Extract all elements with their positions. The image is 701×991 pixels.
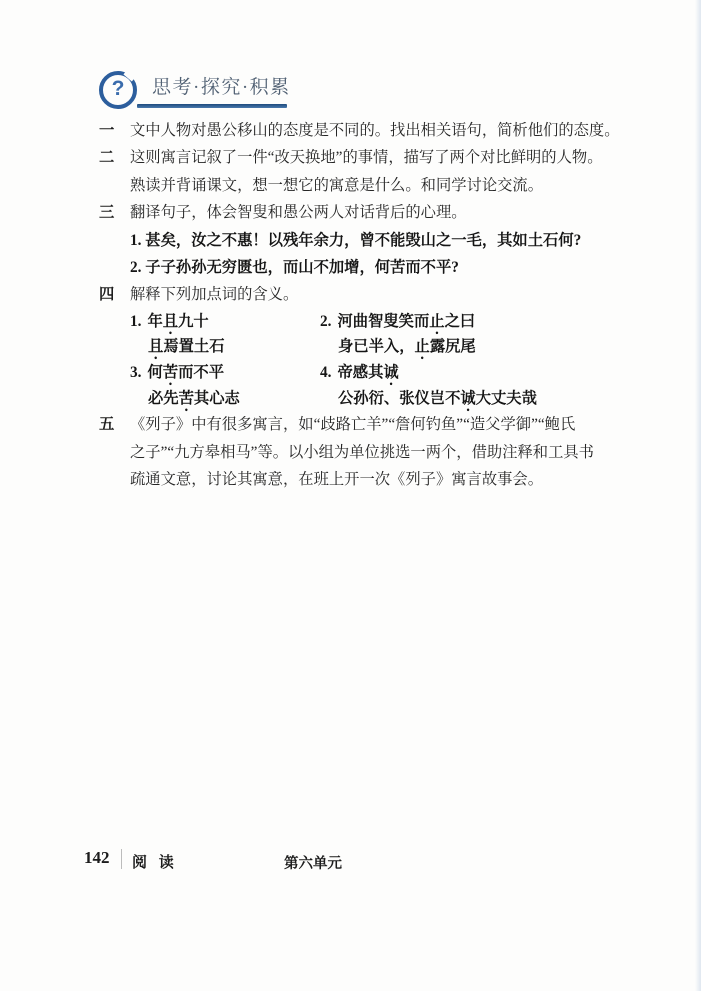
emphasized-word: 且 bbox=[163, 313, 178, 330]
word-segment: 身已半入， bbox=[338, 338, 415, 355]
emphasized-word: 诚 bbox=[460, 390, 475, 407]
exercise-2-body: 这则寓言记叙了一件“改天换地”的事情，描写了两个对比鲜明的人物。 熟读并背诵课文… bbox=[130, 144, 615, 199]
word-segment: 年 bbox=[147, 313, 162, 330]
word-segment: 必先 bbox=[148, 390, 179, 407]
word-item-4-line-1: 4.帝感其诚 bbox=[320, 360, 615, 386]
exercise-3-body: 翻译句子，体会智叟和愚公两人对话背后的心理。 1. 甚矣，汝之不惠！以残年余力，… bbox=[130, 199, 615, 281]
exercise-4-stem: 解释下列加点词的含义。 bbox=[130, 281, 615, 308]
word-item-1-line-2: 且焉置土石 bbox=[130, 334, 320, 360]
word-segment: 而不平 bbox=[178, 364, 224, 381]
emphasized-word: 苦 bbox=[179, 390, 194, 407]
page-edge-shading bbox=[695, 0, 701, 991]
word-segment: 露尻尾 bbox=[430, 338, 476, 355]
emphasized-word: 诚 bbox=[383, 364, 398, 381]
word-item-2-line-2: 身已半入，止露尻尾 bbox=[320, 334, 615, 360]
exercise-3-number: 三 bbox=[99, 199, 130, 226]
word-item-4-line-2: 公孙衍、张仪岂不诚大丈夫哉 bbox=[320, 386, 615, 412]
item-number: 3. bbox=[130, 364, 141, 381]
exercise-2: 二 这则寓言记叙了一件“改天换地”的事情，描写了两个对比鲜明的人物。 熟读并背诵… bbox=[99, 144, 615, 199]
word-segment: 九十 bbox=[178, 313, 209, 330]
exercise-3-item-2: 2. 子子孙孙无穷匮也，而山不加增，何苦而不平? bbox=[130, 254, 615, 281]
emphasized-word: 止 bbox=[415, 338, 430, 355]
exercise-4: 四 解释下列加点词的含义。 1.年且九十 2.河曲智叟笑而止之曰 且焉置土石 bbox=[99, 281, 615, 411]
word-segment: 何 bbox=[147, 364, 162, 381]
emphasized-word: 止 bbox=[429, 313, 444, 330]
word-segment: 帝感其 bbox=[337, 364, 383, 381]
word-segment: 其心志 bbox=[194, 390, 240, 407]
title-underline bbox=[137, 104, 287, 108]
emphasized-word: 且 bbox=[148, 338, 163, 355]
exercise-1-number: 一 bbox=[99, 117, 130, 144]
exercise-2-line2: 熟读并背诵课文，想一想它的寓意是什么。和同学讨论交流。 bbox=[130, 172, 615, 199]
exercise-4-body: 解释下列加点词的含义。 1.年且九十 2.河曲智叟笑而止之曰 且焉置土石 身已半… bbox=[130, 281, 615, 411]
exercise-5-body: 《列子》中有很多寓言，如“歧路亡羊”“詹何钓鱼”“造父学御”“鲍氏 之子”“九方… bbox=[130, 411, 615, 493]
exercise-3-item-1: 1. 甚矣，汝之不惠！以残年余力，曾不能毁山之一毛，其如土石何? bbox=[130, 227, 615, 254]
word-item-2-line-1: 2.河曲智叟笑而止之曰 bbox=[320, 309, 615, 335]
question-mark-icon: ? bbox=[99, 71, 137, 109]
exercise-5-line1: 《列子》中有很多寓言，如“歧路亡羊”“詹何钓鱼”“造父学御”“鲍氏 bbox=[130, 411, 615, 438]
word-item-3-line-1: 3.何苦而不平 bbox=[130, 360, 320, 386]
exercise-3: 三 翻译句子，体会智叟和愚公两人对话背后的心理。 1. 甚矣，汝之不惠！以残年余… bbox=[99, 199, 615, 281]
item-number: 4. bbox=[320, 364, 331, 381]
exercise-5-line3: 疏通文意，讨论其寓意，在班上开一次《列子》寓言故事会。 bbox=[130, 466, 615, 493]
word-segment: 焉置土石 bbox=[163, 338, 224, 355]
exercise-3-stem: 翻译句子，体会智叟和愚公两人对话背后的心理。 bbox=[130, 199, 615, 226]
section-title: 思考·探究·积累 bbox=[152, 72, 291, 99]
item-number: 2. bbox=[320, 313, 331, 330]
item-number: 1. bbox=[130, 313, 141, 330]
footer-unit-label: 第六单元 bbox=[284, 852, 342, 873]
exercise-1-body: 文中人物对愚公移山的态度是不同的。找出相关语句，简析他们的态度。 bbox=[130, 117, 615, 144]
word-item-1-line-1: 1.年且九十 bbox=[130, 309, 320, 335]
exercise-1-text: 文中人物对愚公移山的态度是不同的。找出相关语句，简析他们的态度。 bbox=[130, 117, 615, 144]
word-segment: 大丈夫哉 bbox=[476, 390, 537, 407]
exercise-2-number: 二 bbox=[99, 144, 130, 171]
word-item-3-line-2: 必先苦其心志 bbox=[130, 386, 320, 412]
footer-divider bbox=[121, 849, 122, 869]
exercise-2-line1: 这则寓言记叙了一件“改天换地”的事情，描写了两个对比鲜明的人物。 bbox=[130, 144, 615, 171]
footer-section-label: 阅 读 bbox=[132, 851, 178, 872]
word-segment: 河曲智叟笑而 bbox=[337, 313, 429, 330]
exercise-5-line2: 之子”“九方皋相马”等。以小组为单位挑选一两个，借助注释和工具书 bbox=[130, 439, 615, 466]
emphasized-word: 苦 bbox=[163, 364, 178, 381]
textbook-page: ? 思考·探究·积累 一 文中人物对愚公移山的态度是不同的。找出相关语句，简析他… bbox=[0, 0, 701, 991]
exercise-4-number: 四 bbox=[99, 281, 130, 308]
exercise-1: 一 文中人物对愚公移山的态度是不同的。找出相关语句，简析他们的态度。 bbox=[99, 117, 615, 144]
word-segment: 之曰 bbox=[445, 313, 476, 330]
page-number: 142 bbox=[84, 848, 110, 868]
exercise-5: 五 《列子》中有很多寓言，如“歧路亡羊”“詹何钓鱼”“造父学御”“鲍氏 之子”“… bbox=[99, 411, 615, 493]
exercise-5-number: 五 bbox=[99, 411, 130, 438]
word-segment: 公孙衍、张仪岂不 bbox=[338, 390, 460, 407]
exercise-list: 一 文中人物对愚公移山的态度是不同的。找出相关语句，简析他们的态度。 二 这则寓… bbox=[99, 117, 615, 493]
exercise-4-word-grid: 1.年且九十 2.河曲智叟笑而止之曰 且焉置土石 身已半入，止露尻尾 3.何苦而… bbox=[130, 309, 615, 411]
icon-question-glyph: ? bbox=[99, 71, 137, 109]
